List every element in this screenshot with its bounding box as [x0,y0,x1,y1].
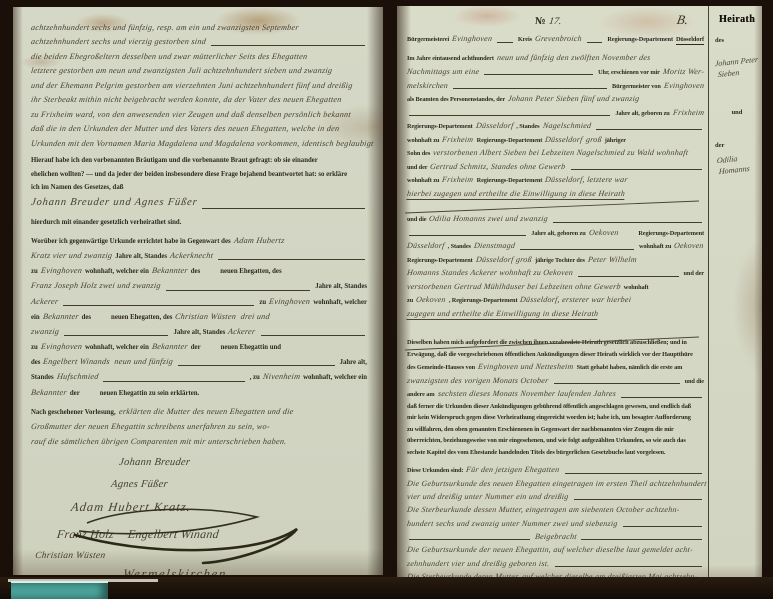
form-line: AckererzuEvinghovenwohnhaft, welcher [31,296,367,308]
printed-text: ein [31,313,40,323]
handwritten-text: Oekoven [415,294,446,305]
form-line: Nach geschehener Vorlesung,erklärten die… [31,406,367,418]
handwritten-text: Bekannter [151,341,188,352]
form-line: achtzehnhundert sechs und fünfzig, resp.… [31,22,367,33]
handwritten-text: Die Geburtsurkunde des neuen Ehegatten e… [406,478,707,489]
handwritten-text: Peter Wilhelm [587,254,637,265]
printed-text: jähriger [605,136,626,145]
form-line: als Beamten des Personenstandes, derJoha… [407,93,704,104]
handwritten-text: Gertrud Schmitz, Standes ohne Gewerb [430,161,567,172]
margin-bride-name: Homanns [719,163,760,176]
handwritten-text: Wermelskirchen [122,565,228,575]
handwritten-text: rauf die sämtlichen übrigen Comparenten … [30,436,287,447]
handwritten-text: Nagelschmied [542,120,592,131]
printed-text: neuen Ehegatten, des [111,313,172,323]
printed-text: Statt gehabt haben, nämlich die erste am [577,363,683,372]
margin-word-der: der [715,142,759,149]
printed-text: als Beamten des Personenstandes, der [407,95,505,104]
printed-text: und der [407,163,427,172]
printed-text: hierdurch mit einander gesetzlich verhei… [31,218,181,228]
fill-line [103,379,244,382]
form-line: des Gemeinde-Hauses vonEvinghoven und Ne… [407,361,704,372]
handwritten-text: Für den jetzigen Ehegatten [466,464,561,475]
handwritten-text: Ackerknecht [169,250,214,261]
form-line: rauf die sämtlichen übrigen Comparenten … [31,436,367,447]
handwritten-text: zwanzig [30,326,60,337]
form-line: Diese Urkunden sind:Für den jetzigen Ehe… [407,464,704,475]
fill-line [166,288,310,291]
form-line: sechste Kapitel des vom Ehestande handel… [407,448,704,457]
printed-text: des [31,358,40,368]
form-line: StandesHufschmied, zuNivenheimwohnhaft, … [31,371,367,383]
handwritten-text: Bekannter [42,311,79,322]
fill-line [409,537,530,540]
form-line: überreichten, beziehungsweise von mir ei… [407,436,704,445]
form-line: Die Geburtsurkunde der neuen Ehegattin, … [407,544,704,555]
fill-line [555,564,702,567]
printed-text: wohnhaft, welcher ein [85,343,149,353]
form-line: wohnhaft zuFrixheimRegierungs-Departemen… [407,134,704,145]
printed-text: wohnhaft zu [407,136,439,145]
handwritten-text: Die Sterbeurkunde dessen Mutter, eingetr… [406,504,680,515]
margin-word-und: und [732,109,743,116]
handwritten-text: Dienstmagd [473,240,516,251]
printed-text: Hierauf habe ich den vorbenannten Bräuti… [31,156,318,166]
cancellation-stroke [405,199,701,215]
printed-text: Regierungs-Departement [477,136,543,145]
signature-bride: Agnes Füßer [111,478,367,493]
handwritten-text: Nivenheim [262,371,301,382]
printed-text: und der [684,269,704,278]
fill-line [571,167,702,170]
handwritten-text: Düsseldorf [545,134,584,145]
handwritten-text: Düsseldorf, letztere war [545,174,629,185]
handwritten-text: Die Geburtsurkunde der neuen Ehegattin, … [406,544,693,555]
printed-text: und die [407,215,426,224]
handwritten-text: Homanns Standes Ackerer wohnhaft zu Oeko… [406,267,573,278]
handwritten-text: zehnhundert vier und dreißig geboren ist… [406,558,550,569]
form-line: zwanzigsten des vorigen Monats Octoberun… [407,375,704,386]
record-number-value: 17. [549,16,563,27]
handwritten-text: sechsten dieses Monats November laufende… [437,388,616,399]
handwritten-text: Beigebracht [534,531,577,542]
handwritten-text: Agnes Füßer [110,478,169,493]
form-line: Regierungs-DepartementDüsseldorfgroßjähr… [407,254,704,265]
printed-text: Düsseldorf [676,35,704,45]
cancellation-stroke [405,334,701,352]
handwritten-text: Johann Breuder und Agnes Füßer [30,196,198,211]
registrar-initial: B. [675,12,689,28]
fill-line [202,206,365,209]
form-line: Regierungs-DepartementDüsseldorf, Stande… [407,120,704,131]
handwritten-text: zugegen und ertheilte die Einwilligung i… [406,308,599,320]
fill-line [178,363,334,366]
printed-text: Bürgermeister von [612,82,661,91]
printed-text: überreichten, beziehungsweise von mir ei… [407,436,686,445]
document-photo: achtzehnhundert sechs und fünfzig, resp.… [0,0,773,599]
form-line: Bekannterderneuen Ehegattin zu sein erkl… [31,387,367,399]
handwritten-text: Großmutter der neuen Ehegattin schreiben… [30,421,270,432]
form-line: BürgermeistereiEvinghovenKreisGrevenbroi… [407,33,704,45]
printed-text: Regierungs-Departement [407,122,473,131]
right-page-main: № 17. B. BürgermeistereiEvinghovenKreisG… [397,6,708,586]
printed-text: sechste Kapitel des vom Ehestande handel… [407,448,665,457]
printed-text: Sohn des [407,149,430,158]
form-line [407,322,704,331]
handwritten-text: achtzehnhundert sechs und fünfzig, resp.… [30,22,299,33]
handwritten-text: verstorbenen Gertrud Mühlhäuser bei Lebz… [406,281,621,292]
printed-text: Nach geschehener Vorlesung, [31,408,116,418]
printed-text: Standes [31,373,54,383]
form-line: melskirchenBürgermeister vonEvinghoven [407,80,704,91]
form-line: zu Frixheim ward, von den anwesenden vie… [31,109,367,120]
handwritten-text: groß [585,134,602,145]
printed-text: Worüber ich gegenwärtige Urkunde erricht… [31,237,231,247]
form-line: zuEvinghovenwohnhaft, welcher einBekannt… [31,265,367,277]
fill-line [565,471,702,474]
form-line: verstorbenen Gertrud Mühlhäuser bei Lebz… [407,281,704,292]
printed-text: neuen Ehegattin und [221,343,281,353]
form-line: zugegen und ertheilte die Einwilligung i… [407,308,704,320]
handwritten-text: Bekannter [30,387,67,398]
form-line: wohnhaft zuFrixheimRegierungs-Departemen… [407,174,704,185]
form-line: vier und dreißig unter Nummer ein und dr… [407,491,704,502]
handwritten-text: daß die in den Urkunden der Mutter und d… [30,123,340,134]
form-line: einBekannterdesneuen Ehegatten, desChris… [31,311,367,323]
handwritten-text: Nachmittags um eine [406,66,480,77]
form-line: zehnhundert vier und dreißig geboren ist… [407,558,704,569]
handwritten-text: Johann Peter Sieben fünf und zwanzig [507,93,640,104]
printed-text: zu willfahren, den oben genannten Erschi… [407,425,674,434]
form-line: Sohn desverstorbenen Albert Sieben bei L… [407,147,704,158]
handwritten-text: die beiden Ehegroßeltern desselben und z… [30,51,308,62]
form-line: hundert sechs und zwanzig unter Nummer z… [407,518,704,529]
printed-text: Jahre alt, geboren zu [615,109,669,118]
form-line: Nachmittags um eineUhr, erschienen vor m… [407,66,704,77]
handwritten-text: Engelbert Winands neun und fünfzig [43,356,174,367]
right-page: № 17. B. BürgermeistereiEvinghovenKreisG… [397,6,762,586]
form-line: Johann Breuder und Agnes Füßer [31,196,367,211]
form-line: die beiden Ehegroßeltern desselben und z… [31,51,367,62]
fill-line [497,40,513,43]
printed-text: wohnhaft [624,283,649,292]
handwritten-text: Evinghoven [269,296,312,307]
form-line: achtzehnhundert sechs und vierzig gestor… [31,36,367,47]
printed-text: Jahre alt, [340,358,367,368]
handwritten-text: Urkunden mit den Vornamen Maria Magdalen… [30,138,374,149]
handwritten-text: Evinghoven und Nettesheim [477,361,574,372]
fill-line [211,43,365,46]
form-line: Großmutter der neuen Ehegattin schreiben… [31,421,367,432]
teal-object [11,581,108,599]
form-line: Urkunden mit den Vornamen Maria Magdalen… [31,138,367,149]
form-line: zuOekoven, Regierungs-DepartementDüsseld… [407,294,704,305]
fill-line [484,72,593,75]
handwritten-text: neun und fünfzig den zwölften November d… [496,52,651,63]
form-line: daß die in den Urkunden der Mutter und d… [31,123,367,134]
printed-text: neuen Ehegattin zu sein erklärten. [100,389,200,399]
form-line: ihr Sterbeakt mithin nicht beigebracht w… [31,94,367,105]
handwritten-text: Frixheim [442,134,475,145]
form-line: desEngelbert Winands neun und fünfzigJah… [31,356,367,368]
heirath-tab: Heirath [719,14,755,25]
handwritten-text: Adam Hubertz [233,235,285,246]
handwritten-text: und der Ehemann Pelgrim gestorben am vie… [30,80,353,91]
printed-text: wohnhaft zu [639,242,671,251]
printed-text: zu [407,296,413,305]
printed-text: der [70,389,80,399]
handwritten-text: Kratz vier und zwanzig [30,250,113,261]
handwritten-text: Evinghoven [40,341,83,352]
fill-line [574,497,702,500]
handwritten-text: vier und dreißig unter Nummer ein und dr… [406,491,569,502]
form-line: Jahre alt, geboren zuFrixheim [407,107,704,118]
form-line: zuEvinghovenwohnhaft, welcher einBekannt… [31,341,367,353]
form-line: andere amsechsten dieses Monats November… [407,388,704,399]
margin-word-des: des [715,37,759,44]
form-line: Im Jahre eintausend achthundertneun und … [407,52,704,63]
handwritten-text: Düsseldorf [475,254,514,265]
form-line: zu willfahren, den oben genannten Erschi… [407,425,704,434]
fill-line [578,274,678,277]
printed-text: , Regierungs-Departement [449,296,518,305]
printed-text: Regierungs-Departement [607,35,673,44]
printed-text: des Gemeinde-Hauses von [407,363,475,372]
printed-text: , zu [250,373,260,383]
handwritten-text: Ackerer [228,326,257,337]
handwritten-text: Bekannter [151,265,188,276]
printed-text: jährige Tochter des [535,256,585,265]
form-line: ich im Namen des Gesetzes, daß [31,183,367,193]
printed-text: Jahre alt, Standes [115,252,167,262]
form-line: Die Geburtsurkunde des neuen Ehegatten e… [407,478,704,489]
handwritten-text: letztere gestorben am neun und zwanzigst… [30,65,333,76]
fill-line [409,233,526,236]
printed-text: des [191,267,200,277]
printed-text: ich im Namen des Gesetzes, daß [31,183,124,193]
form-line: Hierauf habe ich den vorbenannten Bräuti… [31,156,367,166]
printed-text: Jahre alt, geboren zu [531,229,585,238]
handwritten-text: Hufschmied [56,371,99,382]
fill-line [64,333,168,336]
handwritten-text: melskirchen [406,80,448,91]
form-line: letztere gestorben am neun und zwanzigst… [31,65,367,76]
handwritten-text: Moritz Wer- [662,66,705,77]
margin-groom-name: Sieben [718,66,760,79]
fill-line [621,395,702,398]
left-page-content: achtzehnhundert sechs und fünfzig, resp.… [13,7,383,575]
margin-column: Heirath des Johann Peter Sieben und der … [708,6,762,586]
handwritten-text: Evinghoven [663,80,705,91]
printed-text: Kreis [518,35,532,44]
form-line: Jahre alt, geboren zuOekovenRegierungs-D… [407,227,704,238]
printed-text: Diese Urkunden sind: [407,466,463,475]
form-line: und der Ehemann Pelgrim gestorben am vie… [31,80,367,91]
printed-text: Jahre alt, Standes [315,282,367,292]
fill-line [218,257,365,260]
printed-text: Im Jahre eintausend achthundert [407,54,494,63]
printed-text: wohnhaft, welcher ein [303,373,367,383]
registrar-flourish [53,495,323,565]
form-line: daß ferner die Urkunden dieser Ankündigu… [407,402,704,411]
form-line: Worüber ich gegenwärtige Urkunde erricht… [31,235,367,247]
printed-text: daß ferner die Urkunden dieser Ankündigu… [407,402,691,411]
fill-line [409,113,610,116]
printed-text: Bürgermeisterei [407,35,449,44]
handwritten-text: Christian Wüsten drei und [175,311,271,322]
handwritten-text: Oekoven [674,240,705,251]
printed-text: Regierungs-Departement [638,229,704,238]
form-line: Franz Joseph Holz zwei und zwanzigJahre … [31,280,367,292]
handwritten-text: achtzehnhundert sechs und vierzig gestor… [30,36,206,47]
form-line: Beigebracht [407,531,704,542]
left-page: achtzehnhundert sechs und fünfzig, resp.… [13,7,383,575]
fill-line [596,127,702,130]
handwritten-text: ihr Sterbeakt mithin nicht beigebracht w… [30,94,342,105]
form-line: Kratz vier und zwanzigJahre alt, Standes… [31,250,367,262]
printed-text: mir kein Widerspruch gegen diese Verheir… [407,413,691,422]
record-number-label: № [535,16,545,27]
printed-text: zu [259,298,266,308]
handwritten-text: Ackerer [30,296,59,307]
form-line: und derGertrud Schmitz, Standes ohne Gew… [407,161,704,172]
handwritten-text: zu Frixheim ward, von den anwesenden vie… [30,109,351,120]
fill-line [453,86,607,89]
printed-text: Uhr, erschienen vor mir [598,68,660,77]
printed-text: Regierungs-Departement [477,176,543,185]
printed-text: der [191,343,201,353]
handwritten-text: Franz Joseph Holz zwei und zwanzig [30,280,161,291]
form-line: hierdurch mit einander gesetzlich verhei… [31,218,367,228]
printed-text: wohnhaft, welcher [313,298,367,308]
form-line: mir kein Widerspruch gegen diese Verheir… [407,413,704,422]
handwritten-text: verstorbenen Albert Sieben bei Lebzeiten… [433,147,690,158]
form-line: zwanzigJahre alt, StandesAckerer [31,326,367,338]
handwritten-text: Düsseldorf [406,240,445,251]
fill-line [63,303,254,306]
printed-text: neuen Ehegatten, des [220,267,281,277]
handwritten-text: Evinghoven [451,33,493,44]
printed-text: , Standes [516,122,539,131]
handwritten-text: erklärten die Mutter des neuen Ehegatten… [118,406,294,417]
handwritten-text: hundert sechs und zwanzig unter Nummer z… [406,518,618,529]
right-page-content: BürgermeistereiEvinghovenKreisGrevenbroi… [407,33,704,586]
printed-text: zu [31,267,38,277]
form-line: Düsseldorf, StandesDienstmagdwohnhaft zu… [407,240,704,251]
handwritten-text: zwanzigsten des vorigen Monats October [406,375,549,386]
printed-text: Jahre alt, Standes [173,328,225,338]
record-header: № 17. B. [407,9,704,33]
handwritten-text: Johann Breuder [118,456,191,471]
fill-line [261,333,365,336]
form-line: Die Sterbeurkunde dessen Mutter, eingetr… [407,504,704,515]
printed-text: zu [31,343,38,353]
fill-line [587,40,603,43]
signature-registrar: Wermelskirchen [123,565,367,575]
handwritten-text: Frixheim [442,174,475,185]
printed-text: und die [685,377,704,386]
fill-line [581,537,702,540]
handwritten-text: groß [516,254,533,265]
printed-text: des [82,313,91,323]
handwritten-text: Düsseldorf, ersterer war hierbei [520,294,633,305]
handwritten-text: Düsseldorf [475,120,514,131]
handwritten-text: Frixheim [672,107,705,118]
printed-text: andere am [407,390,435,399]
signature-groom: Johann Breuder [119,456,367,471]
form-line: Homanns Standes Ackerer wohnhaft zu Oeko… [407,267,704,278]
printed-text: ehelichen wollten? — und da jeder der be… [31,170,347,180]
fill-line [623,524,702,527]
handwritten-text: Evinghoven [40,265,83,276]
printed-text: Regierungs-Departement [407,256,473,265]
printed-text: wohnhaft zu [407,176,439,185]
printed-text: wohnhaft, welcher ein [85,267,149,277]
fill-line [554,381,680,384]
fill-line [520,247,634,250]
handwritten-text: Oekoven [588,227,619,238]
fill-line [553,220,702,223]
printed-text: , Standes [448,242,471,251]
form-line: ehelichen wollten? — und da jeder der be… [31,170,367,180]
handwritten-text: Grevenbroich [534,33,582,44]
